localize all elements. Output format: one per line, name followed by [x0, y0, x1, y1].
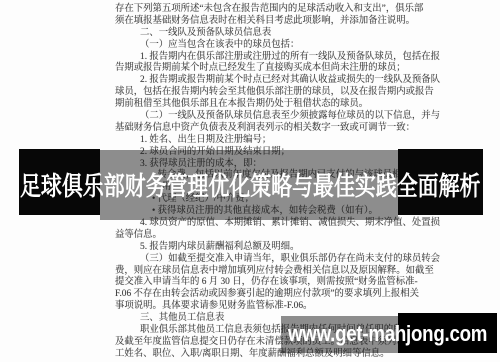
doc-line: 1. 姓名、出生日期及注册编号；	[115, 135, 445, 147]
overlay-title: 足球俱乐部财务管理优化策略与最佳实践全面解析	[20, 173, 480, 199]
doc-line: 存在下列第五项所述“未包含在报告范围内的足球活动收入和支出”，俱乐部	[115, 4, 445, 16]
doc-line: （一）应当包含在该表中的球员包括：	[115, 40, 445, 52]
doc-line: 告期或报告期前某个时点已经发生了直接购买成本但尚未注册的球员；	[115, 63, 445, 75]
doc-line: 益等信息。	[115, 230, 445, 242]
doc-line: 2. 报告期或报告期前某个时点已经对其确认收益或损失的一线队及预备队	[115, 75, 445, 87]
doc-line: F.06 不存在由转会活动或因参赛引起的逾期应付款项”的要求填列上报相关	[115, 289, 445, 301]
doc-line: 事项说明。具体要求请参见财务监管标准-F.06。	[115, 301, 445, 313]
doc-line: （二）一线队及预备队球员信息表至少须披露每位球员的以下信息，并与	[115, 111, 445, 123]
doc-line: 二、一线队及预备队球员信息表	[115, 28, 445, 40]
doc-line: 基础财务信息中资产负债表及利润表列示的相关数字一致或可调节一致：	[115, 123, 445, 135]
doc-line: 球员，包括在报告期内转会至其他俱乐部注册的球员，以及在报告期内或报告	[115, 87, 445, 99]
doc-line: 期前租借至其他俱乐部且在本报告期仍处于租借状态的球员。	[115, 99, 445, 111]
doc-line: 费，则应在球员信息表中增加填列应付转会费相关信息以及原因解释。如截至	[115, 266, 445, 278]
doc-line: 1. 报告期内在俱乐部注册或注册过的所有一线队及预备队球员，包括在报	[115, 52, 445, 64]
doc-line: （三）如截至提交准入申请当年，职业俱乐部仍存在尚未支付的球员转会	[115, 254, 445, 266]
watermark: www.get-mahjong.com	[281, 314, 497, 353]
title-overlay: 足球俱乐部财务管理优化策略与最佳实践全面解析	[19, 150, 483, 220]
doc-line: 须在填报基础财务信息表时在相关科目考虑此项影响，并添加备注说明。	[115, 16, 445, 28]
doc-line: 提交准入申请当年的 6 月 30 日，仍存在该事项，则需按照“财务监管标准-	[115, 277, 445, 289]
doc-line: 5. 报告期内球员薪酬福利总额及明细。	[115, 242, 445, 254]
article-image: 存在下列第五项所述“未包含在报告范围内的足球活动收入和支出”，俱乐部须在填报基础…	[0, 0, 500, 362]
watermark-url: www.get-mahjong.com	[288, 314, 487, 353]
